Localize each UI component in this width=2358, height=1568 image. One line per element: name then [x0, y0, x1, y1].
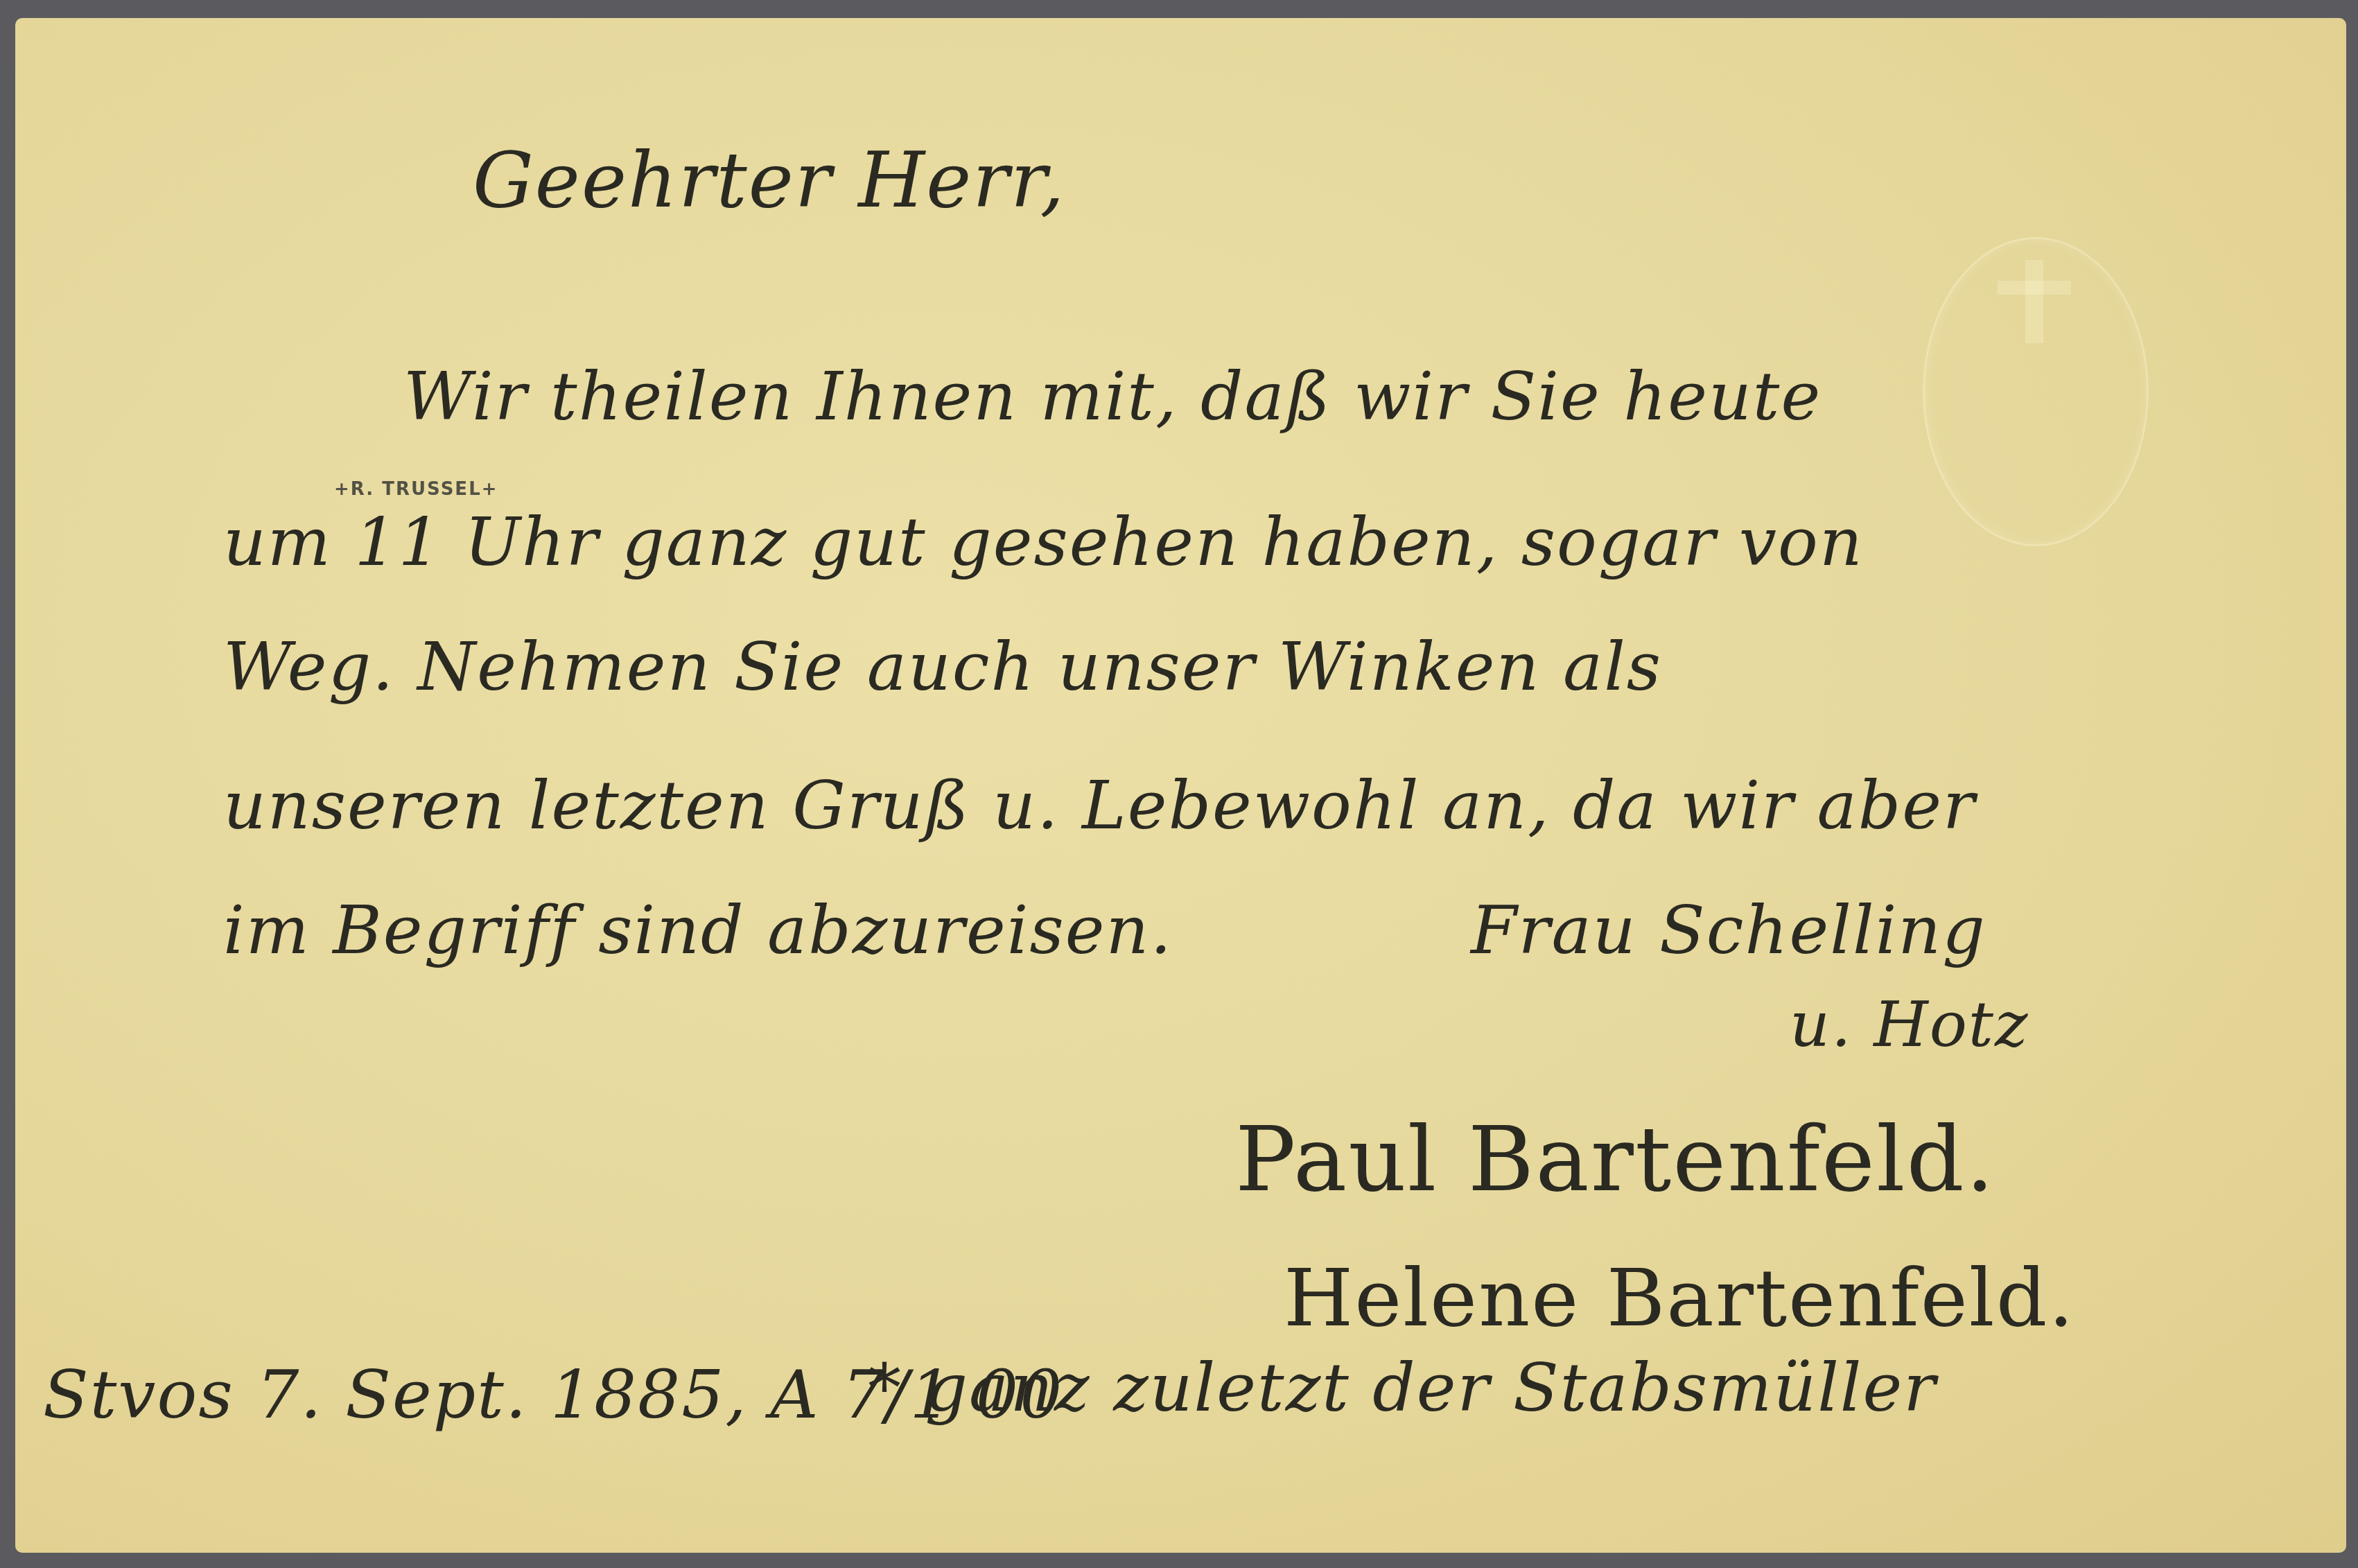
cross-icon [2025, 260, 2043, 343]
signature-paul: Paul Bartenfeld. [1235, 1106, 1995, 1212]
signature-helene: Helene Bartenfeld. [1284, 1252, 2075, 1345]
letter-line: unseren letzten Gruß u. Lebewohl an, da … [223, 767, 1976, 844]
postcard: +R. TRUSSEL+ Geehrter Herr, Wir theilen … [15, 18, 2346, 1553]
letter-line: u. Hotz [1790, 988, 2029, 1061]
postscript: * ganz zuletzt der Stabsmüller [868, 1349, 1937, 1427]
embossed-seal [1923, 237, 2149, 546]
letter-line: Weg. Nehmen Sie auch unser Winken als [223, 628, 1662, 706]
salutation: Geehrter Herr, [473, 136, 1065, 225]
rubber-stamp: +R. TRUSSEL+ [334, 479, 498, 500]
letter-line: Frau Schelling [1471, 891, 1986, 969]
letter-line: im Begriff sind abzureisen. [223, 891, 1173, 969]
letter-line: Wir theilen Ihnen mit, daß wir Sie heute [403, 358, 1822, 435]
letter-line: um 11 Uhr ganz gut gesehen haben, sogar … [223, 503, 1864, 581]
